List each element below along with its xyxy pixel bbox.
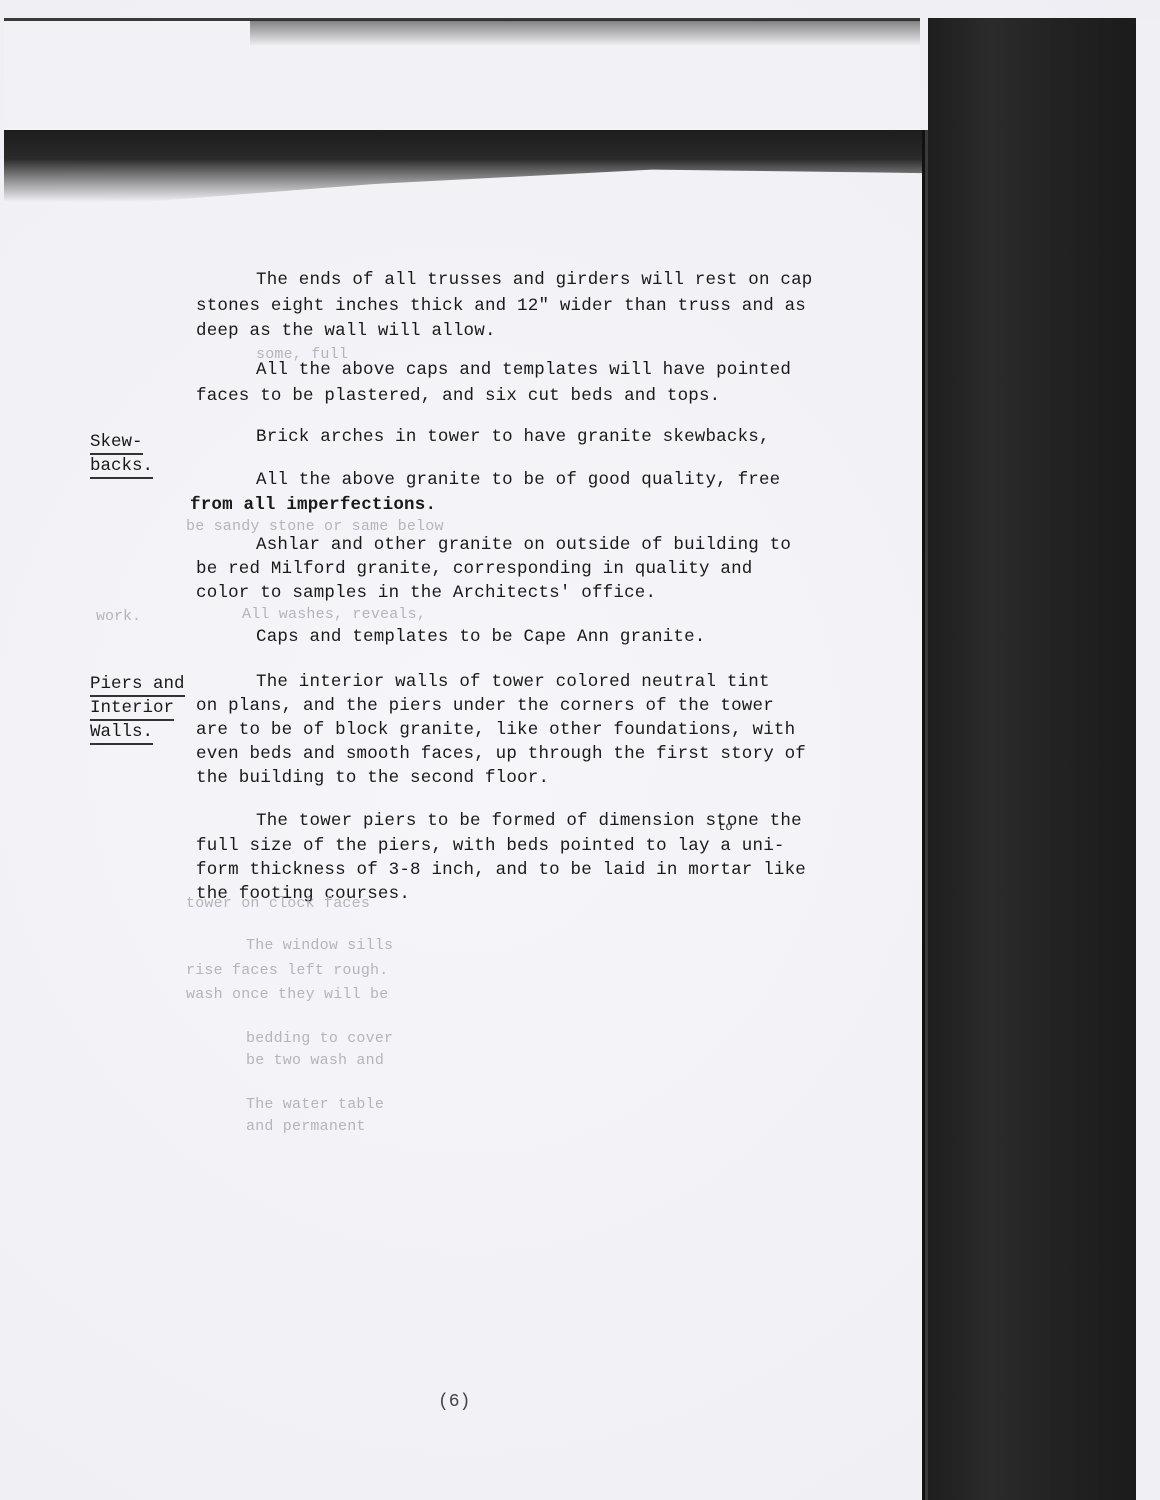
paragraph-line: even beds and smooth faces, up through t…	[196, 744, 806, 764]
paragraph-line: the building to the second floor.	[196, 768, 549, 788]
margin-label-piers-3: Walls.	[90, 722, 153, 745]
right-margin	[1136, 18, 1160, 1500]
paragraph-line: color to samples in the Architects' offi…	[196, 583, 656, 603]
paragraph-line: stones eight inches thick and 12" wider …	[196, 296, 806, 316]
faded-line: The water table	[246, 1096, 384, 1113]
paragraph-line: form thickness of 3-8 inch, and to be la…	[196, 860, 806, 880]
faded-line: rise faces left rough.	[186, 962, 388, 979]
margin-label-piers-1: Piers and	[90, 674, 185, 697]
paragraph-line: faces to be plastered, and six cut beds …	[196, 386, 720, 406]
insertion-mark: to	[718, 820, 733, 834]
faded-line: All washes, reveals,	[242, 606, 426, 623]
paragraph-line: from all imperfections.	[190, 495, 436, 515]
page-number: (6)	[438, 1392, 470, 1412]
document-page: The ends of all trusses and girders will…	[0, 0, 1160, 1500]
margin-label-skewbacks-2: backs.	[90, 456, 153, 479]
faded-line: be two wash and	[246, 1052, 384, 1069]
faded-line: The window sills	[246, 937, 393, 954]
paragraph-line: The interior walls of tower colored neut…	[256, 672, 770, 692]
paragraph-line: full size of the piers, with beds pointe…	[196, 836, 785, 856]
paragraph-line: Ashlar and other granite on outside of b…	[256, 535, 791, 555]
margin-label-skewbacks-1: Skew-	[90, 432, 143, 455]
scan-shadow	[250, 20, 920, 46]
faded-line: tower on clock faces	[186, 895, 370, 912]
paragraph-line: are to be of block granite, like other f…	[196, 720, 795, 740]
paragraph-line: All the above caps and templates will ha…	[256, 360, 791, 380]
scan-smear	[4, 130, 930, 202]
faded-line: and permanent	[246, 1118, 366, 1135]
faded-line: bedding to cover	[246, 1030, 393, 1047]
paragraph-line: on plans, and the piers under the corner…	[196, 696, 774, 716]
paragraph-line: Caps and templates to be Cape Ann granit…	[256, 627, 705, 647]
paragraph-line: All the above granite to be of good qual…	[256, 470, 780, 490]
faded-line: be sandy stone or same below	[186, 518, 444, 535]
paragraph-line: deep as the wall will allow.	[196, 321, 496, 341]
margin-label-piers-2: Interior	[90, 698, 174, 721]
faded-line: wash once they will be	[186, 986, 388, 1003]
margin-label-work: work.	[96, 608, 141, 625]
paragraph-line: The ends of all trusses and girders will…	[256, 270, 813, 290]
scan-dark-strip	[928, 18, 1136, 1500]
paragraph-line: be red Milford granite, corresponding in…	[196, 559, 753, 579]
paragraph-line: Brick arches in tower to have granite sk…	[256, 427, 770, 447]
